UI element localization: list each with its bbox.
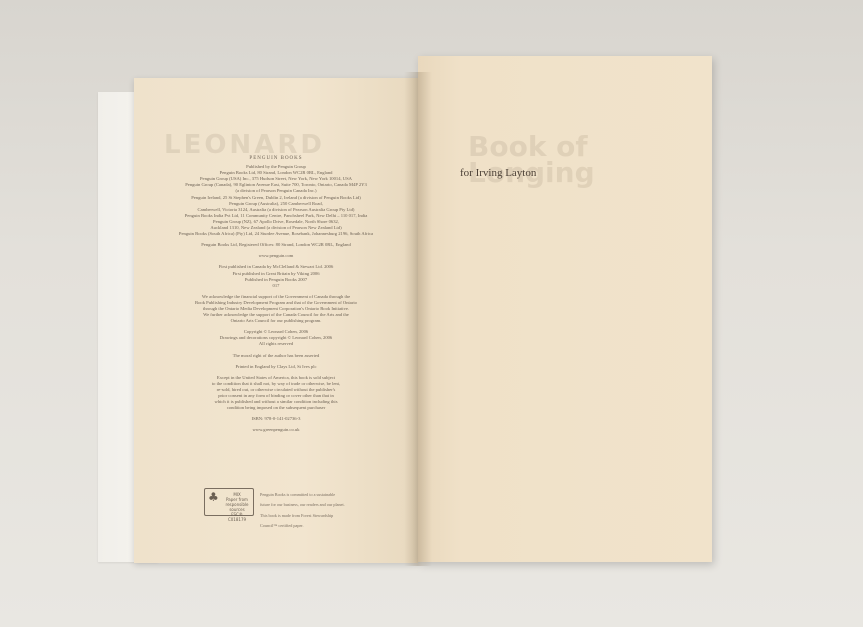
fsc-note-line: This book is made from Forest Stewardshi… bbox=[260, 513, 360, 519]
fsc-note: Penguin Books is committed to a sustaina… bbox=[260, 488, 360, 533]
copyright-block: PENGUIN BOOKS Published by the Penguin G… bbox=[144, 156, 408, 438]
fsc-note-line: future for our business, our readers and… bbox=[260, 502, 360, 508]
book-gutter bbox=[404, 72, 432, 566]
dedication: for Irving Layton bbox=[460, 167, 660, 179]
isbn: ISBN: 978-0-141-02736-3 bbox=[144, 416, 408, 422]
moral-rights: The moral right of the author has been a… bbox=[144, 353, 408, 359]
acknowledgement: We acknowledge the financial support of … bbox=[144, 294, 408, 324]
fsc-code: FSC® C018179 bbox=[223, 512, 251, 522]
copyright-page: LEONARD PENGUIN BOOKS Published by the P… bbox=[134, 78, 418, 563]
history-line: 017 bbox=[144, 283, 408, 289]
printer-line: Printed in England by Clays Ltd, St Ives… bbox=[144, 364, 408, 370]
publisher-heading: PENGUIN BOOKS bbox=[144, 156, 408, 162]
condition-line: condition being imposed on the subsequen… bbox=[144, 405, 408, 411]
sale-conditions: Except in the United States of America, … bbox=[144, 375, 408, 412]
publication-history: First published in Canada by McClelland … bbox=[144, 264, 408, 288]
publisher-addresses: Published by the Penguin GroupPenguin Bo… bbox=[144, 164, 408, 237]
website: www.penguin.com bbox=[144, 253, 408, 259]
copyright-line: All rights reserved bbox=[144, 341, 408, 347]
copyright-notice: Copyright © Leonard Cohen, 2006Drawings … bbox=[144, 329, 408, 347]
registered-office: Penguin Books Ltd, Registered Offices: 8… bbox=[144, 242, 408, 248]
fsc-note-line: Penguin Books is committed to a sustaina… bbox=[260, 492, 360, 498]
fsc-note-line: Council™ certified paper. bbox=[260, 523, 360, 529]
fsc-line2: responsible sources bbox=[223, 502, 251, 512]
green-website: www.greenpenguin.co.uk bbox=[144, 427, 408, 433]
tree-icon: ♣ bbox=[208, 491, 219, 503]
dedication-page: Book of Longing for Irving Layton bbox=[418, 56, 712, 562]
address-line: Penguin Books (South Africa) (Pty) Ltd, … bbox=[144, 231, 408, 237]
acknowledgement-line: Ontario Arts Council for our publishing … bbox=[144, 318, 408, 324]
fsc-badge: ♣ MIX Paper from responsible sources FSC… bbox=[204, 488, 254, 516]
